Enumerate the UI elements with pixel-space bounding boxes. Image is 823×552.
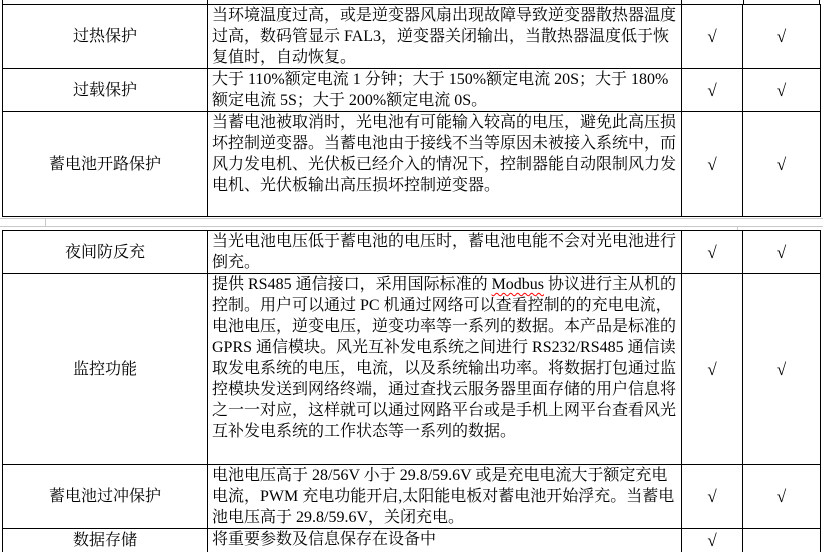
check-cell-col2[interactable]: √ — [743, 5, 821, 69]
check-cell-col2[interactable]: √ — [743, 231, 821, 274]
check-cell-col2[interactable]: √ — [743, 465, 821, 529]
checkmark: √ — [777, 487, 786, 506]
feature-desc-cell[interactable]: 当蓄电池被取消时，光电池有可能输入较高的电压，避免此高压损坏控制逆变器。当蓄电池… — [208, 112, 682, 217]
feature-description: 当光电池电压低于蓄电池的电压时，蓄电池电能不会对光电池进行倒充。 — [212, 233, 676, 271]
table-row: 过热保护 当环境温度过高，或是逆变器风扇出现故障导致逆变器散热器温度过高，数码管… — [3, 5, 821, 69]
feature-name: 过热保护 — [73, 28, 137, 45]
checkmark: √ — [707, 360, 716, 379]
text-boundary-mark — [45, 218, 46, 227]
feature-name: 过载保护 — [73, 82, 137, 99]
checkmark: √ — [777, 81, 786, 100]
feature-name-cell[interactable]: 数据存储 — [3, 529, 208, 552]
check-cell-col1[interactable]: √ — [682, 231, 743, 274]
check-cell-col1[interactable]: √ — [682, 69, 743, 112]
feature-description: 将重要参数及信息保存在设备中 — [212, 531, 436, 548]
check-cell-col2[interactable]: √ — [743, 69, 821, 112]
feature-name-cell[interactable]: 夜间防反充 — [3, 231, 208, 274]
checkmark: √ — [777, 243, 786, 262]
feature-name: 蓄电池过冲保护 — [49, 488, 161, 505]
feature-name-cell[interactable]: 过热保护 — [3, 5, 208, 69]
check-cell-col1[interactable]: √ — [682, 5, 743, 69]
check-cell-col1[interactable]: √ — [682, 465, 743, 529]
check-cell-col1[interactable]: √ — [682, 274, 743, 465]
page-break-line — [0, 218, 823, 219]
feature-desc-cell[interactable]: 电池电压高于 28/56V 小于 29.8/59.6V 或是充电电流大于额定充电… — [208, 465, 682, 529]
check-cell-col2[interactable]: √ — [743, 112, 821, 217]
checkmark: √ — [777, 27, 786, 46]
checkmark: √ — [707, 531, 716, 550]
feature-description: 提供 RS485 通信接口，采用国际标准的 Modbus 协议进行主从机的控制。… — [212, 276, 676, 440]
feature-name-cell[interactable]: 监控功能 — [3, 274, 208, 465]
feature-desc-cell[interactable]: 当环境温度过高，或是逆变器风扇出现故障导致逆变器散热器温度过高，数码管显示 FA… — [208, 5, 682, 69]
feature-name-cell[interactable]: 过载保护 — [3, 69, 208, 112]
table-row: 蓄电池过冲保护 电池电压高于 28/56V 小于 29.8/59.6V 或是充电… — [3, 465, 821, 529]
checkmark: √ — [707, 243, 716, 262]
checkmark: √ — [707, 81, 716, 100]
feature-description: 大于 110%额定电流 1 分钟；大于 150%额定电流 20S；大于 180%… — [212, 71, 668, 109]
protection-feature-table-page1: 过热保护 当环境温度过高，或是逆变器风扇出现故障导致逆变器散热器温度过高，数码管… — [2, 4, 821, 217]
feature-desc-cell[interactable]: 当光电池电压低于蓄电池的电压时，蓄电池电能不会对光电池进行倒充。 — [208, 231, 682, 274]
table-row: 过载保护 大于 110%额定电流 1 分钟；大于 150%额定电流 20S；大于… — [3, 69, 821, 112]
feature-name: 监控功能 — [73, 361, 137, 378]
feature-desc-cell[interactable]: 将重要参数及信息保存在设备中 — [208, 529, 682, 552]
feature-desc-cell[interactable]: 提供 RS485 通信接口，采用国际标准的 Modbus 协议进行主从机的控制。… — [208, 274, 682, 465]
checkmark: √ — [777, 360, 786, 379]
feature-name: 数据存储 — [73, 532, 137, 549]
table-row: 数据存储 将重要参数及信息保存在设备中 √ — [3, 529, 821, 552]
table-row: 夜间防反充 当光电池电压低于蓄电池的电压时，蓄电池电能不会对光电池进行倒充。 √… — [3, 231, 821, 274]
feature-description: 当环境温度过高，或是逆变器风扇出现故障导致逆变器散热器温度过高，数码管显示 FA… — [212, 7, 676, 66]
protection-feature-table-page2: 夜间防反充 当光电池电压低于蓄电池的电压时，蓄电池电能不会对光电池进行倒充。 √… — [2, 230, 821, 552]
check-cell-col1[interactable]: √ — [682, 112, 743, 217]
feature-name-cell[interactable]: 蓄电池过冲保护 — [3, 465, 208, 529]
checkmark: √ — [707, 487, 716, 506]
table-row: 蓄电池开路保护 当蓄电池被取消时，光电池有可能输入较高的电压，避免此高压损坏控制… — [3, 112, 821, 217]
page-break-line — [0, 226, 823, 227]
checkmark: √ — [707, 27, 716, 46]
document-page: 过热保护 当环境温度过高，或是逆变器风扇出现故障导致逆变器散热器温度过高，数码管… — [0, 0, 823, 552]
check-cell-col2[interactable]: √ — [743, 274, 821, 465]
checkmark: √ — [707, 155, 716, 174]
check-cell-col2[interactable] — [743, 529, 821, 552]
feature-name: 蓄电池开路保护 — [49, 156, 161, 173]
feature-name: 夜间防反充 — [65, 244, 145, 261]
feature-description: 电池电压高于 28/56V 小于 29.8/59.6V 或是充电电流大于额定充电… — [212, 467, 674, 526]
check-cell-col1[interactable]: √ — [682, 529, 743, 552]
checkmark: √ — [777, 155, 786, 174]
feature-desc-cell[interactable]: 大于 110%额定电流 1 分钟；大于 150%额定电流 20S；大于 180%… — [208, 69, 682, 112]
table-row: 监控功能 提供 RS485 通信接口，采用国际标准的 Modbus 协议进行主从… — [3, 274, 821, 465]
feature-description: 当蓄电池被取消时，光电池有可能输入较高的电压，避免此高压损坏控制逆变器。当蓄电池… — [212, 114, 676, 194]
feature-name-cell[interactable]: 蓄电池开路保护 — [3, 112, 208, 217]
